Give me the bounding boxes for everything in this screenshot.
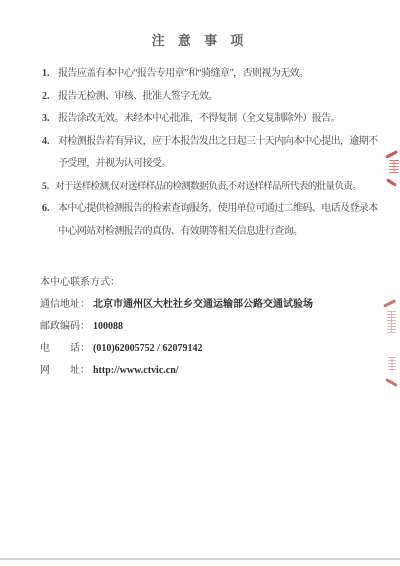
contact-value: 100088 — [93, 321, 123, 332]
note-number: 4. — [42, 131, 50, 154]
stamp-stroke-icon — [385, 150, 398, 158]
contact-label: 网 址： — [40, 365, 90, 376]
notice-item-4: 4. 对检测报告若有异议，应于本报告发出之日起三十天内向本中心提出，逾期不予受理… — [42, 131, 380, 176]
stamp-stroke-icon — [386, 178, 397, 186]
stamp-glyph-icon — [388, 357, 396, 372]
contact-label: 通信地址： — [40, 299, 90, 310]
note-text: 对检测报告若有异议，应于本报告发出之日起三十天内向本中心提出，逾期不予受理，并视… — [58, 136, 378, 170]
contact-label: 电 话： — [40, 343, 90, 354]
note-number: 5. — [42, 176, 49, 199]
contact-value: 北京市通州区大杜社乡交通运输部公路交通试验场 — [93, 299, 313, 310]
contact-row-phone: 电 话：(010)62005752 / 62079142 — [40, 338, 380, 360]
stamp-stroke-icon — [385, 378, 398, 387]
notice-page: 注 意 事 项 1. 报告应盖有本中心“报告专用章”和“骑缝章”，否则视为无效。… — [0, 0, 400, 566]
note-number: 2. — [42, 86, 50, 109]
contact-value: (010)62005752 / 62079142 — [93, 343, 202, 354]
note-number: 1. — [42, 63, 50, 86]
note-number: 3. — [42, 108, 50, 131]
contact-label: 邮政编码： — [40, 321, 90, 332]
note-text: 本中心提供检测报告的检索查询服务，使用单位可通过二维码、电话及登录本中心网站对检… — [58, 203, 378, 237]
notice-item-6: 6. 本中心提供检测报告的检索查询服务，使用单位可通过二维码、电话及登录本中心网… — [42, 198, 380, 243]
contact-heading: 本中心联系方式： — [40, 272, 380, 294]
notice-list: 1. 报告应盖有本中心“报告专用章”和“骑缝章”，否则视为无效。 2. 报告无检… — [42, 63, 380, 243]
note-text: 报告涂改无效。未经本中心批准，不得复制（全文复制除外）报告。 — [58, 113, 340, 124]
contact-row-website: 网 址：http://www.ctvic.cn/ — [40, 360, 380, 382]
contact-block: 本中心联系方式： 通信地址：北京市通州区大杜社乡交通运输部公路交通试验场 邮政编… — [40, 272, 380, 382]
page-title: 注 意 事 项 — [0, 30, 400, 49]
note-number: 6. — [42, 198, 50, 221]
notice-item-1: 1. 报告应盖有本中心“报告专用章”和“骑缝章”，否则视为无效。 — [42, 63, 380, 86]
contact-row-postcode: 邮政编码：100088 — [40, 316, 380, 338]
stamp-glyph-icon — [389, 160, 399, 173]
notice-item-5: 5. 对于送样检测,仅对送样样品的检测数据负责,不对送样样品所代表的批量负责。 — [42, 176, 380, 199]
note-text: 对于送样检测,仅对送样样品的检测数据负责,不对送样样品所代表的批量负责。 — [55, 182, 361, 192]
scan-edge-line — [0, 558, 400, 560]
note-text: 报告无检测、审核、批准人签字无效。 — [58, 91, 218, 102]
contact-value: http://www.ctvic.cn/ — [93, 365, 179, 376]
note-text: 报告应盖有本中心“报告专用章”和“骑缝章”，否则视为无效。 — [58, 68, 308, 79]
stamp-glyph-icon — [387, 311, 396, 333]
stamp-stroke-icon — [383, 299, 396, 307]
notice-item-2: 2. 报告无检测、审核、批准人签字无效。 — [42, 86, 380, 109]
notice-item-3: 3. 报告涂改无效。未经本中心批准，不得复制（全文复制除外）报告。 — [42, 108, 380, 131]
contact-row-address: 通信地址：北京市通州区大杜社乡交通运输部公路交通试验场 — [40, 294, 380, 316]
